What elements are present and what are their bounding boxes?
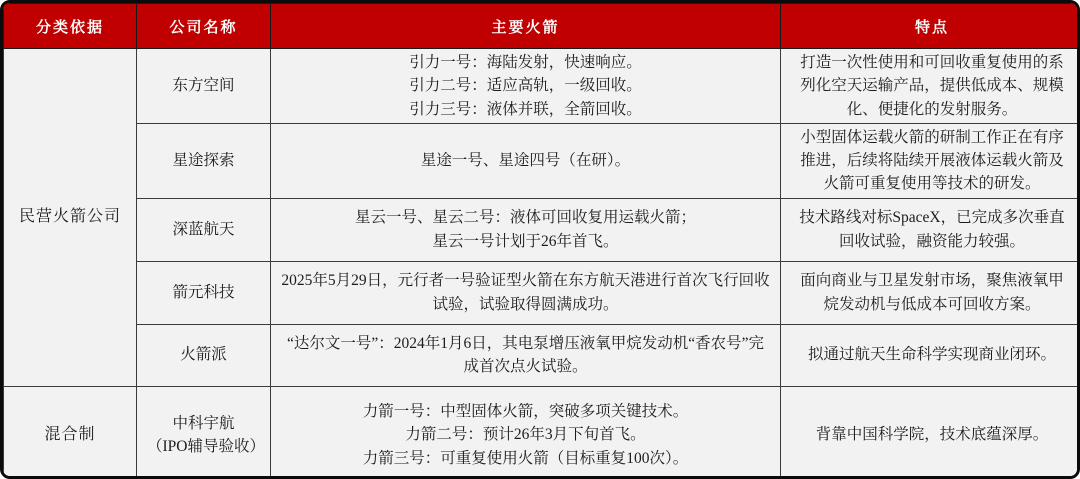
rockets-cell: 引力一号：海陆发射，快速响应。 引力二号：适应高轨，一级回收。 引力三号：液体并…: [271, 49, 781, 124]
table-row: 民营火箭公司 东方空间 引力一号：海陆发射，快速响应。 引力二号：适应高轨，一级…: [4, 49, 1080, 124]
table-row: 箭元科技 2025年5月29日，元行者一号验证型火箭在东方航天港进行首次飞行回收…: [4, 261, 1080, 324]
table-row: 星途探索 星途一号、星途四号（在研）。 小型固体运载火箭的研制工作正在有序推进，…: [4, 123, 1080, 198]
category-cell-mixed: 混合制: [4, 386, 137, 479]
company-cell: 火箭派: [137, 324, 271, 386]
features-cell: 面向商业与卫星发射市场，聚焦液氧甲烷发动机与低成本可回收方案。: [781, 261, 1080, 324]
features-cell: 技术路线对标SpaceX，已完成多次垂直回收试验，融资能力较强。: [781, 198, 1080, 261]
features-cell: 小型固体运载火箭的研制工作正在有序推进，后续将陆续开展液体运载火箭及火箭可重复使…: [781, 123, 1080, 198]
company-cell: 深蓝航天: [137, 198, 271, 261]
company-cell: 中科宇航 （IPO辅导验收）: [137, 386, 271, 479]
rocket-companies-grid: 分类依据 公司名称 主要火箭 特点 民营火箭公司 东方空间 引力一号：海陆发射，…: [3, 3, 1080, 479]
features-cell: 打造一次性使用和可回收重复使用的系列化空天运输产品，提供低成本、规模化、便捷化的…: [781, 49, 1080, 124]
header-rockets: 主要火箭: [271, 4, 781, 49]
table-row: 火箭派 “达尔文一号”：2024年1月6日，其电泵增压液氧甲烷发动机“香农号”完…: [4, 324, 1080, 386]
company-cell: 箭元科技: [137, 261, 271, 324]
header-row: 分类依据 公司名称 主要火箭 特点: [4, 4, 1080, 49]
rockets-cell: 力箭一号：中型固体火箭，突破多项关键技术。 力箭二号：预计26年3月下旬首飞。 …: [271, 386, 781, 479]
features-cell: 背靠中国科学院，技术底蕴深厚。: [781, 386, 1080, 479]
company-cell: 星途探索: [137, 123, 271, 198]
company-cell: 东方空间: [137, 49, 271, 124]
table-row: 深蓝航天 星云一号、星云二号：液体可回收复用运载火箭； 星云一号计划于26年首飞…: [4, 198, 1080, 261]
category-cell-private: 民营火箭公司: [4, 49, 137, 387]
rocket-companies-table: 分类依据 公司名称 主要火箭 特点 民营火箭公司 东方空间 引力一号：海陆发射，…: [0, 0, 1080, 479]
rockets-cell: 2025年5月29日，元行者一号验证型火箭在东方航天港进行首次飞行回收试验，试验…: [271, 261, 781, 324]
rockets-cell: “达尔文一号”：2024年1月6日，其电泵增压液氧甲烷发动机“香农号”完成首次点…: [271, 324, 781, 386]
header-category: 分类依据: [4, 4, 137, 49]
header-features: 特点: [781, 4, 1080, 49]
rockets-cell: 星云一号、星云二号：液体可回收复用运载火箭； 星云一号计划于26年首飞。: [271, 198, 781, 261]
features-cell: 拟通过航天生命科学实现商业闭环。: [781, 324, 1080, 386]
rockets-cell: 星途一号、星途四号（在研）。: [271, 123, 781, 198]
header-company: 公司名称: [137, 4, 271, 49]
table-row: 混合制 中科宇航 （IPO辅导验收） 力箭一号：中型固体火箭，突破多项关键技术。…: [4, 386, 1080, 479]
